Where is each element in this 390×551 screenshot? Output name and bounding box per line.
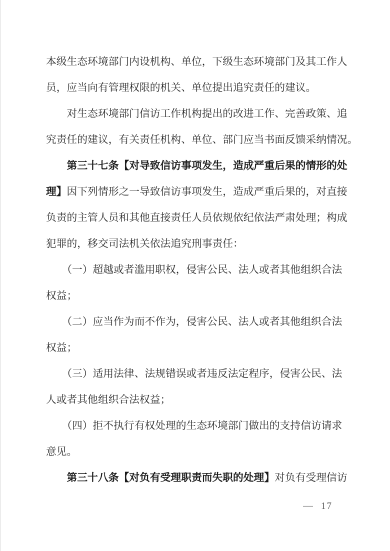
- text-segment: （二）应当作为而不作为，侵害公民、法人或者其他组织合法: [46, 317, 342, 328]
- text-line: 究责任的建议，有关责任机构、单位、部门应当书面反馈采纳情况。: [46, 128, 356, 154]
- text-segment: 意见。: [46, 447, 77, 458]
- text-segment: 负责的主管人员和其他直接责任人员依规依纪依法严肃处理；构成: [46, 213, 347, 224]
- bold-segment: 第三十七条【对导致信访事项发生，造成严重后果的情形的处: [46, 161, 347, 172]
- text-line: 本级生态环境部门内设机构、单位，下级生态环境部门及其工作人: [46, 50, 356, 76]
- footer-dash: —: [303, 499, 313, 515]
- bold-segment: 第三十八条【对负有受理职责而失职的处理】: [46, 473, 275, 484]
- text-line-item-3: （三）适用法律、法规错误或者违反法定程序，侵害公民、法: [46, 362, 356, 388]
- text-line: 负责的主管人员和其他直接责任人员依规依纪依法严肃处理；构成: [46, 206, 356, 232]
- text-line-item-1: （一）超越或者滥用职权，侵害公民、法人或者其他组织合法: [46, 258, 356, 284]
- text-line-article-38-heading: 第三十八条【对负有受理职责而失职的处理】对负有受理信访: [46, 466, 356, 492]
- document-body-text: 本级生态环境部门内设机构、单位，下级生态环境部门及其工作人 员，应当向有管理权限…: [46, 50, 356, 492]
- text-segment: 对负有受理信访: [275, 473, 348, 484]
- text-segment: 权益；: [46, 343, 77, 354]
- text-segment: （三）适用法律、法规错误或者违反法定程序，侵害公民、法: [46, 369, 342, 380]
- text-line-item-2: （二）应当作为而不作为，侵害公民、法人或者其他组织合法: [46, 310, 356, 336]
- text-line: 权益；: [46, 336, 356, 362]
- text-segment: （一）超越或者滥用职权，侵害公民、法人或者其他组织合法: [46, 265, 342, 276]
- text-line: 权益；: [46, 284, 356, 310]
- text-line: 理】因下列情形之一导致信访事项发生，造成严重后果的，对直接: [46, 180, 356, 206]
- page-footer: — 17: [303, 499, 333, 515]
- page-number: 17: [321, 499, 333, 515]
- text-line-article-37-heading: 第三十七条【对导致信访事项发生，造成严重后果的情形的处: [46, 154, 356, 180]
- text-segment: 人或者其他组织合法权益；: [46, 395, 171, 406]
- text-segment: 员，应当向有管理权限的机关、单位提出追究责任的建议。: [46, 83, 316, 94]
- text-segment: 犯罪的，移交司法机关依法追究刑事责任：: [46, 239, 243, 250]
- text-segment: （四）拒不执行有权处理的生态环境部门做出的支持信访请求: [46, 421, 342, 432]
- text-segment: 对生态环境部门信访工作机构提出的改进工作、完善政策、追: [46, 109, 347, 120]
- text-line: 犯罪的，移交司法机关依法追究刑事责任：: [46, 232, 356, 258]
- bold-segment: 理】: [46, 187, 67, 198]
- text-segment: 权益；: [46, 291, 77, 302]
- text-line-item-4: （四）拒不执行有权处理的生态环境部门做出的支持信访请求: [46, 414, 356, 440]
- text-line: 人或者其他组织合法权益；: [46, 388, 356, 414]
- text-line: 意见。: [46, 440, 356, 466]
- text-segment: 本级生态环境部门内设机构、单位，下级生态环境部门及其工作人: [46, 57, 347, 68]
- text-line: 员，应当向有管理权限的机关、单位提出追究责任的建议。: [46, 76, 356, 102]
- document-page: 本级生态环境部门内设机构、单位，下级生态环境部门及其工作人 员，应当向有管理权限…: [0, 0, 390, 551]
- text-segment: 因下列情形之一导致信访事项发生，造成严重后果的，对直接: [67, 187, 348, 198]
- text-line: 对生态环境部门信访工作机构提出的改进工作、完善政策、追: [46, 102, 356, 128]
- text-segment: 究责任的建议，有关责任机构、单位、部门应当书面反馈采纳情况。: [46, 135, 358, 146]
